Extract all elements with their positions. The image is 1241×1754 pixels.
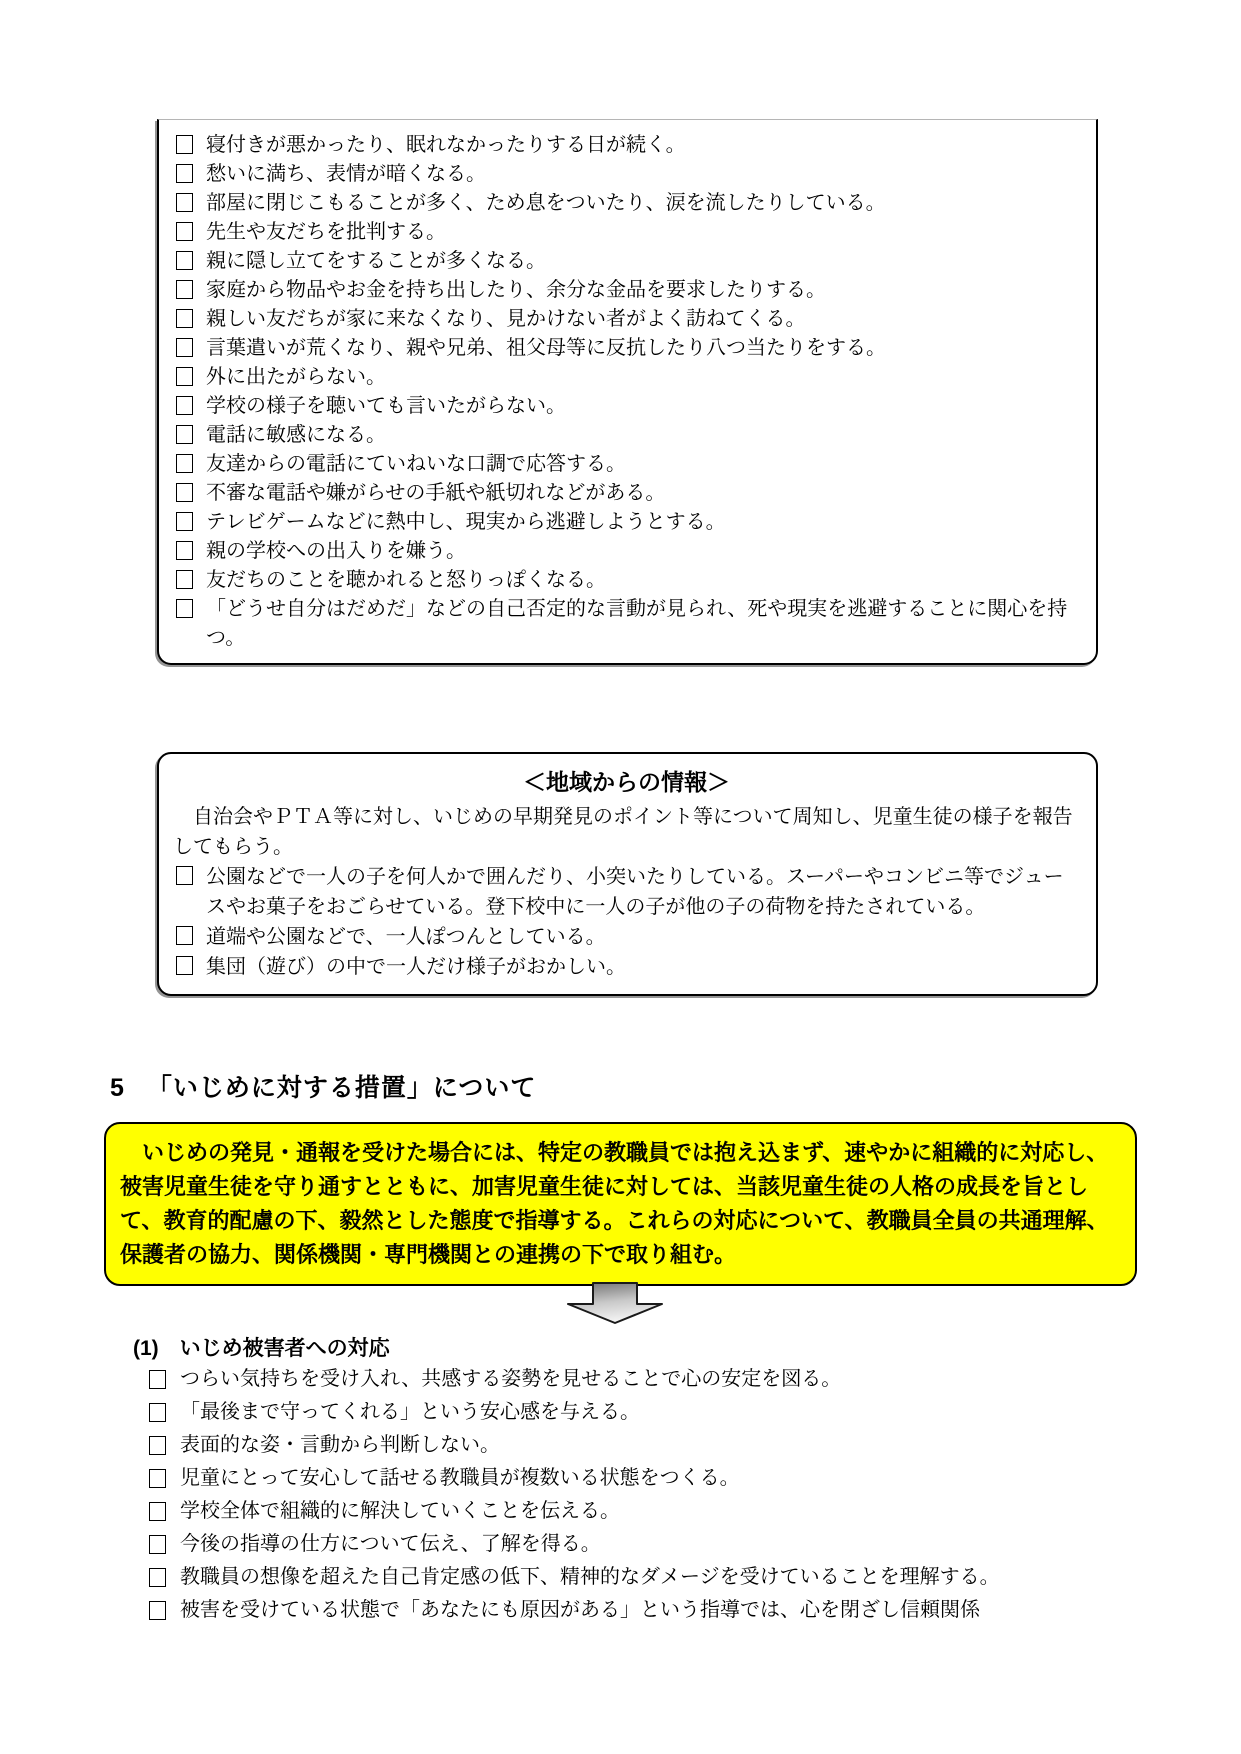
checklist-item: 言葉遣いが荒くなり、親や兄弟、祖父母等に反抗したり八つ当たりをする。 [173, 334, 1080, 363]
checklist-item: 学校全体で組織的に解決していくことを伝える。 [146, 1495, 1142, 1528]
checklist-item-text: 友達からの電話にていねいな口調で応答する。 [206, 450, 1080, 479]
checklist-item-text: 道端や公園などで、一人ぽつんとしている。 [206, 922, 1080, 952]
checklist-item: 教職員の想像を超えた自己肯定感の低下、精神的なダメージを受けていることを理解する… [146, 1561, 1142, 1594]
checklist-item-text: 先生や友だちを批判する。 [206, 218, 1080, 247]
community-info-title: ＜地域からの情報＞ [173, 766, 1080, 798]
empty-checkbox-icon[interactable] [176, 164, 193, 183]
checklist-item: テレビゲームなどに熱中し、現実から逃避しようとする。 [173, 508, 1080, 537]
empty-checkbox-icon[interactable] [176, 956, 193, 975]
empty-checkbox-icon[interactable] [176, 396, 193, 415]
checklist-item-text: 友だちのことを聴かれると怒りっぽくなる。 [206, 566, 1080, 595]
checklist-item-text: 親しい友だちが家に来なくなり、見かけない者がよく訪ねてくる。 [206, 305, 1080, 334]
community-info-intro: 自治会やＰＴＡ等に対し、いじめの早期発見のポイント等について周知し、児童生徒の様… [173, 802, 1080, 862]
empty-checkbox-icon[interactable] [176, 866, 193, 885]
checklist-item: 電話に敏感になる。 [173, 421, 1080, 450]
checklist-item: 友だちのことを聴かれると怒りっぽくなる。 [173, 566, 1080, 595]
empty-checkbox-icon[interactable] [176, 338, 193, 357]
empty-checkbox-icon[interactable] [149, 1601, 166, 1620]
checklist-item: 家庭から物品やお金を持ち出したり、余分な金品を要求したりする。 [173, 276, 1080, 305]
checklist-item-text: 学校の様子を聴いても言いたがらない。 [206, 392, 1080, 421]
checklist-item-text: 電話に敏感になる。 [206, 421, 1080, 450]
checklist-item-text: 親に隠し立てをすることが多くなる。 [206, 247, 1080, 276]
checklist-item: 「どうせ自分はだめだ」などの自己否定的な言動が見られ、死や現実を逃避することに関… [173, 595, 1080, 653]
checklist-item-text: つらい気持ちを受け入れ、共感する姿勢を見せることで心の安定を図る。 [180, 1363, 1142, 1396]
checklist-item-text: 不審な電話や嫌がらせの手紙や紙切れなどがある。 [206, 479, 1080, 508]
checklist-item-text: 部屋に閉じこもることが多く、ため息をついたり、涙を流したりしている。 [206, 189, 1080, 218]
empty-checkbox-icon[interactable] [149, 1403, 166, 1422]
checklist-item: 親の学校への出入りを嫌う。 [173, 537, 1080, 566]
empty-checkbox-icon[interactable] [176, 193, 193, 212]
empty-checkbox-icon[interactable] [176, 309, 193, 328]
community-info-box: ＜地域からの情報＞ 自治会やＰＴＡ等に対し、いじめの早期発見のポイント等について… [157, 752, 1098, 996]
empty-checkbox-icon[interactable] [176, 222, 193, 241]
empty-checkbox-icon[interactable] [149, 1568, 166, 1587]
checklist-item-text: 「最後まで守ってくれる」という安心感を与える。 [180, 1396, 1142, 1429]
empty-checkbox-icon[interactable] [176, 454, 193, 473]
checklist-item-text: 今後の指導の仕方について伝え、了解を得る。 [180, 1528, 1142, 1561]
checklist-item: 愁いに満ち、表情が暗くなる。 [173, 160, 1080, 189]
empty-checkbox-icon[interactable] [176, 367, 193, 386]
checklist-item: つらい気持ちを受け入れ、共感する姿勢を見せることで心の安定を図る。 [146, 1363, 1142, 1396]
checklist-item-text: 親の学校への出入りを嫌う。 [206, 537, 1080, 566]
checklist-item-text: テレビゲームなどに熱中し、現実から逃避しようとする。 [206, 508, 1080, 537]
checklist-item: 親に隠し立てをすることが多くなる。 [173, 247, 1080, 276]
warning-signs-box: 寝付きが悪かったり、眠れなかったりする日が続く。愁いに満ち、表情が暗くなる。部屋… [157, 119, 1098, 665]
checklist-item-text: 言葉遣いが荒くなり、親や兄弟、祖父母等に反抗したり八つ当たりをする。 [206, 334, 1080, 363]
checklist-item-text: 学校全体で組織的に解決していくことを伝える。 [180, 1495, 1142, 1528]
checklist-item-text: 家庭から物品やお金を持ち出したり、余分な金品を要求したりする。 [206, 276, 1080, 305]
checklist-item: 学校の様子を聴いても言いたがらない。 [173, 392, 1080, 421]
section-5-number: 5 [110, 1074, 125, 1102]
checklist-item-text: 外に出たがらない。 [206, 363, 1080, 392]
checklist-item: 先生や友だちを批判する。 [173, 218, 1080, 247]
empty-checkbox-icon[interactable] [149, 1370, 166, 1389]
empty-checkbox-icon[interactable] [176, 541, 193, 560]
checklist-item: 今後の指導の仕方について伝え、了解を得る。 [146, 1528, 1142, 1561]
victim-response-checklist: つらい気持ちを受け入れ、共感する姿勢を見せることで心の安定を図る。「最後まで守っ… [146, 1363, 1142, 1627]
empty-checkbox-icon[interactable] [176, 599, 193, 618]
checklist-item: 集団（遊び）の中で一人だけ様子がおかしい。 [173, 952, 1080, 982]
empty-checkbox-icon[interactable] [149, 1436, 166, 1455]
checklist-item: 被害を受けている状態で「あなたにも原因がある」という指導では、心を閉ざし信頼関係 [146, 1594, 1142, 1627]
checklist-item-text: 「どうせ自分はだめだ」などの自己否定的な言動が見られ、死や現実を逃避することに関… [206, 595, 1080, 653]
checklist-item-text: 公園などで一人の子を何人かで囲んだり、小突いたりしている。スーパーやコンビニ等で… [206, 862, 1080, 922]
checklist-item: 公園などで一人の子を何人かで囲んだり、小突いたりしている。スーパーやコンビニ等で… [173, 862, 1080, 922]
empty-checkbox-icon[interactable] [149, 1469, 166, 1488]
measures-summary-text: いじめの発見・通報を受けた場合には、特定の教職員では抱え込まず、速やかに組織的に… [120, 1136, 1119, 1272]
empty-checkbox-icon[interactable] [149, 1502, 166, 1521]
document-page: 寝付きが悪かったり、眠れなかったりする日が続く。愁いに満ち、表情が暗くなる。部屋… [0, 0, 1241, 1754]
checklist-item: 児童にとって安心して話せる教職員が複数いる状態をつくる。 [146, 1462, 1142, 1495]
empty-checkbox-icon[interactable] [176, 135, 193, 154]
warning-signs-checklist: 寝付きが悪かったり、眠れなかったりする日が続く。愁いに満ち、表情が暗くなる。部屋… [173, 131, 1080, 653]
community-info-checklist: 公園などで一人の子を何人かで囲んだり、小突いたりしている。スーパーやコンビニ等で… [173, 862, 1080, 982]
empty-checkbox-icon[interactable] [176, 926, 193, 945]
section-5-heading: 5「いじめに対する措置」について [110, 1068, 536, 1104]
checklist-item-text: 児童にとって安心して話せる教職員が複数いる状態をつくる。 [180, 1462, 1142, 1495]
checklist-item: 表面的な姿・言動から判断しない。 [146, 1429, 1142, 1462]
empty-checkbox-icon[interactable] [176, 512, 193, 531]
empty-checkbox-icon[interactable] [176, 280, 193, 299]
checklist-item-text: 愁いに満ち、表情が暗くなる。 [206, 160, 1080, 189]
checklist-item-text: 集団（遊び）の中で一人だけ様子がおかしい。 [206, 952, 1080, 982]
checklist-item-text: 被害を受けている状態で「あなたにも原因がある」という指導では、心を閉ざし信頼関係 [180, 1594, 1142, 1627]
section-5-title: 「いじめに対する措置」について [147, 1074, 537, 1102]
checklist-item: 外に出たがらない。 [173, 363, 1080, 392]
empty-checkbox-icon[interactable] [149, 1535, 166, 1554]
checklist-item: 親しい友だちが家に来なくなり、見かけない者がよく訪ねてくる。 [173, 305, 1080, 334]
empty-checkbox-icon[interactable] [176, 251, 193, 270]
empty-checkbox-icon[interactable] [176, 570, 193, 589]
down-block-arrow-icon [566, 1282, 664, 1325]
checklist-item: 道端や公園などで、一人ぽつんとしている。 [173, 922, 1080, 952]
checklist-item: 寝付きが悪かったり、眠れなかったりする日が続く。 [173, 131, 1080, 160]
checklist-item: 部屋に閉じこもることが多く、ため息をついたり、涙を流したりしている。 [173, 189, 1080, 218]
subsection-1-heading: (1) いじめ被害者への対応 [133, 1332, 390, 1362]
empty-checkbox-icon[interactable] [176, 483, 193, 502]
checklist-item: 「最後まで守ってくれる」という安心感を与える。 [146, 1396, 1142, 1429]
checklist-item-text: 教職員の想像を超えた自己肯定感の低下、精神的なダメージを受けていることを理解する… [180, 1561, 1142, 1594]
measures-summary-highlight-box: いじめの発見・通報を受けた場合には、特定の教職員では抱え込まず、速やかに組織的に… [104, 1122, 1137, 1286]
checklist-item: 友達からの電話にていねいな口調で応答する。 [173, 450, 1080, 479]
checklist-item-text: 寝付きが悪かったり、眠れなかったりする日が続く。 [206, 131, 1080, 160]
checklist-item: 不審な電話や嫌がらせの手紙や紙切れなどがある。 [173, 479, 1080, 508]
checklist-item-text: 表面的な姿・言動から判断しない。 [180, 1429, 1142, 1462]
empty-checkbox-icon[interactable] [176, 425, 193, 444]
